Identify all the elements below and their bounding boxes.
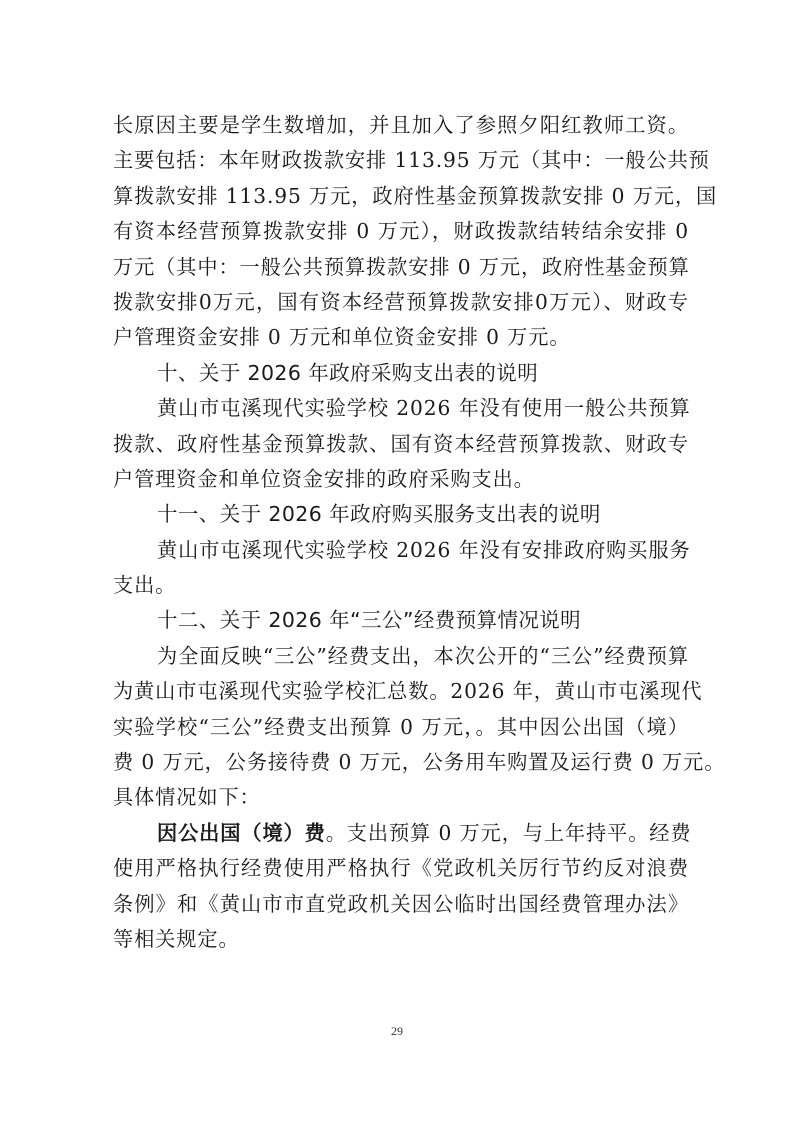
page-number: 29	[0, 1024, 794, 1039]
text-line: 支出。	[113, 568, 689, 603]
text-line: 条例》和《黄山市市直党政机关因公临时出国经费管理办法》	[113, 887, 689, 922]
paragraph-purchased-services: 黄山市屯溪现代实验学校 2026 年没有安排政府购买服务 支出。	[113, 533, 689, 604]
text-line: 主要包括：本年财政拨款安排 113.95 万元（其中：一般公共预	[113, 143, 689, 178]
text-line: 为黄山市屯溪现代实验学校汇总数。2026 年，黄山市屯溪现代	[113, 674, 689, 709]
text-line: 黄山市屯溪现代实验学校 2026 年没有安排政府购买服务	[113, 533, 689, 568]
paragraph-budget-allocation: 长原因主要是学生数增加，并且加入了参照夕阳红教师工资。 主要包括：本年财政拨款安…	[113, 108, 689, 356]
text-line: 费 0 万元，公务接待费 0 万元，公务用车购置及运行费 0 万元。	[113, 745, 689, 780]
text-run: 。支出预算 0 万元，与上年持平。经费	[326, 821, 692, 845]
text-line: 具体情况如下：	[113, 780, 689, 815]
bold-lead-term: 因公出国（境）费	[157, 821, 326, 845]
text-line: 黄山市屯溪现代实验学校 2026 年没有使用一般公共预算	[113, 391, 689, 426]
text-line: 有资本经营预算拨款安排 0 万元），财政拨款结转结余安排 0	[113, 214, 689, 249]
section-heading-three-public-expenses: 十二、关于 2026 年“三公”经费预算情况说明	[113, 603, 689, 638]
text-line: 拨款安排0万元，国有资本经营预算拨款安排0万元）、财政专	[113, 285, 689, 320]
text-line: 使用严格执行经费使用严格执行《党政机关厉行节约反对浪费	[113, 851, 689, 886]
paragraph-overseas-travel: 因公出国（境）费。支出预算 0 万元，与上年持平。经费 使用严格执行经费使用严格…	[113, 816, 689, 958]
text-line: 户管理资金安排 0 万元和单位资金安排 0 万元。	[113, 320, 689, 355]
text-line: 拨款、政府性基金预算拨款、国有资本经营预算拨款、财政专	[113, 427, 689, 462]
text-line: 等相关规定。	[113, 922, 689, 957]
document-page: 长原因主要是学生数增加，并且加入了参照夕阳红教师工资。 主要包括：本年财政拨款安…	[113, 108, 689, 957]
text-line: 户管理资金和单位资金安排的政府采购支出。	[113, 462, 689, 497]
section-heading-purchased-services: 十一、关于 2026 年政府购买服务支出表的说明	[113, 497, 689, 532]
text-line: 算拨款安排 113.95 万元，政府性基金预算拨款安排 0 万元，国	[113, 179, 689, 214]
text-line: 长原因主要是学生数增加，并且加入了参照夕阳红教师工资。	[113, 108, 689, 143]
text-line: 实验学校“三公”经费支出预算 0 万元，。其中因公出国（境）	[113, 710, 689, 745]
section-heading-procurement: 十、关于 2026 年政府采购支出表的说明	[113, 356, 689, 391]
text-line: 因公出国（境）费。支出预算 0 万元，与上年持平。经费	[113, 816, 689, 851]
paragraph-three-public-expenses: 为全面反映“三公”经费支出，本次公开的“三公”经费预算 为黄山市屯溪现代实验学校…	[113, 639, 689, 816]
paragraph-procurement: 黄山市屯溪现代实验学校 2026 年没有使用一般公共预算 拨款、政府性基金预算拨…	[113, 391, 689, 497]
text-line: 万元（其中：一般公共预算拨款安排 0 万元，政府性基金预算	[113, 250, 689, 285]
text-line: 为全面反映“三公”经费支出，本次公开的“三公”经费预算	[113, 639, 689, 674]
